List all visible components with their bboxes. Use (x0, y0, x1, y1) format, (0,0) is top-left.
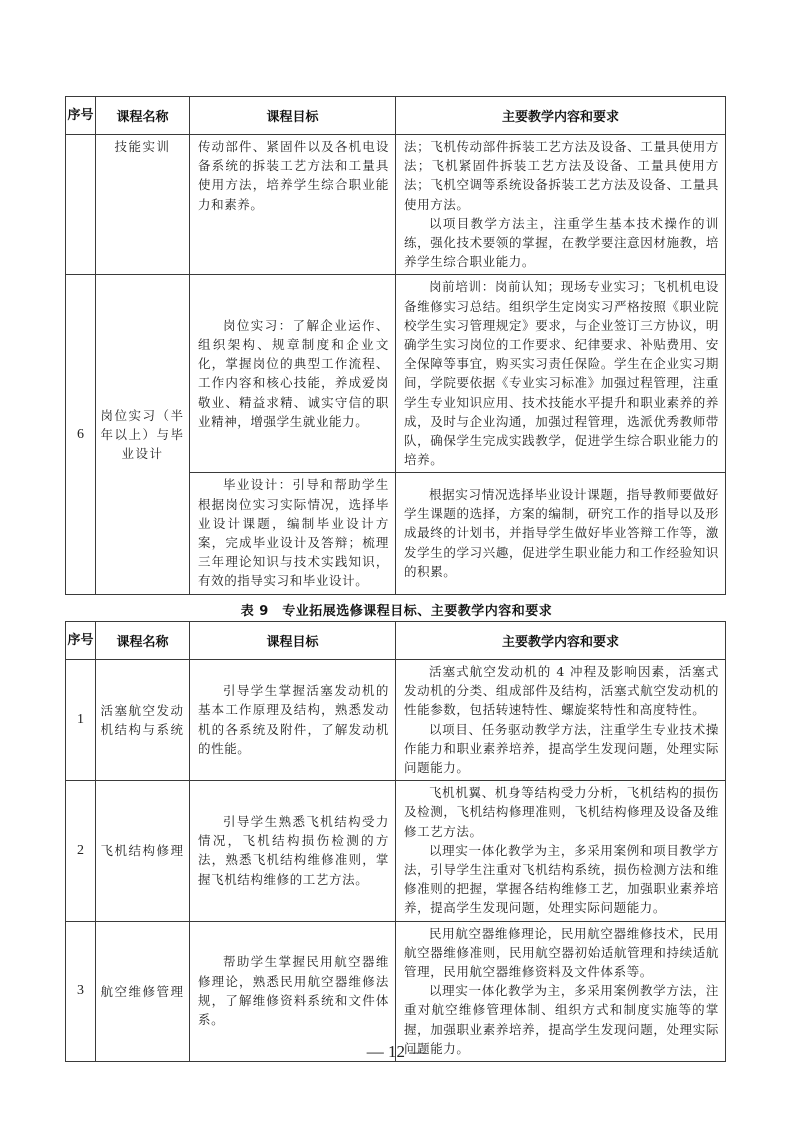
header-name: 课程名称 (96, 622, 190, 660)
row-course-goal: 传动部件、紧固件以及各机电设备系统的拆装工艺方法和工量具使用方法，培养学生综合职… (190, 135, 396, 275)
header-goal: 课程目标 (190, 622, 396, 660)
row-course-goal-graduation: 毕业设计：引导和帮助学生根据岗位实习实际情况，选择毕业设计课题，编制毕业设计方案… (190, 473, 396, 594)
row-course-content: 活塞式航空发动机的 4 冲程及影响因素，活塞式发动机的分类、组成部件及结构，活塞… (396, 660, 726, 781)
table-header-row: 序号 课程名称 课程目标 主要教学内容和要求 (66, 97, 726, 135)
row-seq: 2 (66, 781, 96, 921)
row-course-content-internship: 岗前培训：岗前认知；现场专业实习；飞机机电设备维修实习总结。组织学生定岗实习严格… (396, 275, 726, 473)
row-course-name: 技能实训 (96, 135, 190, 275)
header-content: 主要教学内容和要求 (396, 97, 726, 135)
row-course-content: 法；飞机传动部件拆装工艺方法及设备、工量具使用方法；飞机紧固件拆装工艺方法及设备… (396, 135, 726, 275)
header-seq: 序号 (66, 622, 96, 660)
row-course-content: 民用航空器维修理论，民用航空器维修技术，民用航空器维修准则，民用航空器初始适航管… (396, 921, 726, 1061)
row-course-name: 岗位实习（半年以上）与毕业设计 (96, 275, 190, 594)
row-course-name: 飞机结构修理 (96, 781, 190, 921)
row-course-name: 航空维修管理 (96, 921, 190, 1061)
table-row: 技能实训 传动部件、紧固件以及各机电设备系统的拆装工艺方法和工量具使用方法，培养… (66, 135, 726, 275)
header-goal: 课程目标 (190, 97, 396, 135)
row-course-name: 活塞航空发动机结构与系统 (96, 660, 190, 781)
row-course-goal: 引导学生熟悉飞机结构受力情况，飞机结构损伤检测的方法，熟悉飞机结构维修准则，掌握… (190, 781, 396, 921)
row-course-content: 飞机机翼、机身等结构受力分析，飞机结构的损伤及检测，飞机结构修理准则，飞机结构修… (396, 781, 726, 921)
row-seq (66, 135, 96, 275)
row-course-content-graduation: 根据实习情况选择毕业设计课题，指导教师要做好学生课题的选择，方案的编制，研究工作… (396, 473, 726, 594)
row-seq: 1 (66, 660, 96, 781)
elective-course-table: 序号 课程名称 课程目标 主要教学内容和要求 1 活塞航空发动机结构与系统 引导… (65, 621, 726, 1062)
table-header-row: 序号 课程名称 课程目标 主要教学内容和要求 (66, 622, 726, 660)
header-seq: 序号 (66, 97, 96, 135)
page-number: — 12 — (0, 1042, 793, 1062)
row-seq: 3 (66, 921, 96, 1061)
row-seq: 6 (66, 275, 96, 594)
header-content: 主要教学内容和要求 (396, 622, 726, 660)
table-caption: 表 9 专业拓展选修课程目标、主要教学内容和要求 (0, 600, 793, 619)
table-row: 6 岗位实习（半年以上）与毕业设计 岗位实习：了解企业运作、组织架构、规章制度和… (66, 275, 726, 473)
table-row: 1 活塞航空发动机结构与系统 引导学生掌握活塞发动机的基本工作原理及结构，熟悉发… (66, 660, 726, 781)
table-row: 3 航空维修管理 帮助学生掌握民用航空器维修理论，熟悉民用航空器维修法规，了解维… (66, 921, 726, 1061)
row-course-goal: 引导学生掌握活塞发动机的基本工作原理及结构，熟悉发动机的各系统及附件，了解发动机… (190, 660, 396, 781)
row-course-goal: 帮助学生掌握民用航空器维修理论，熟悉民用航空器维修法规，了解维修资料系统和文件体… (190, 921, 396, 1061)
course-table-continued: 序号 课程名称 课程目标 主要教学内容和要求 技能实训 传动部件、紧固件以及各机… (65, 96, 726, 595)
header-name: 课程名称 (96, 97, 190, 135)
table-row: 2 飞机结构修理 引导学生熟悉飞机结构受力情况，飞机结构损伤检测的方法，熟悉飞机… (66, 781, 726, 921)
row-course-goal-internship: 岗位实习：了解企业运作、组织架构、规章制度和企业文化，掌握岗位的典型工作流程、工… (190, 275, 396, 473)
